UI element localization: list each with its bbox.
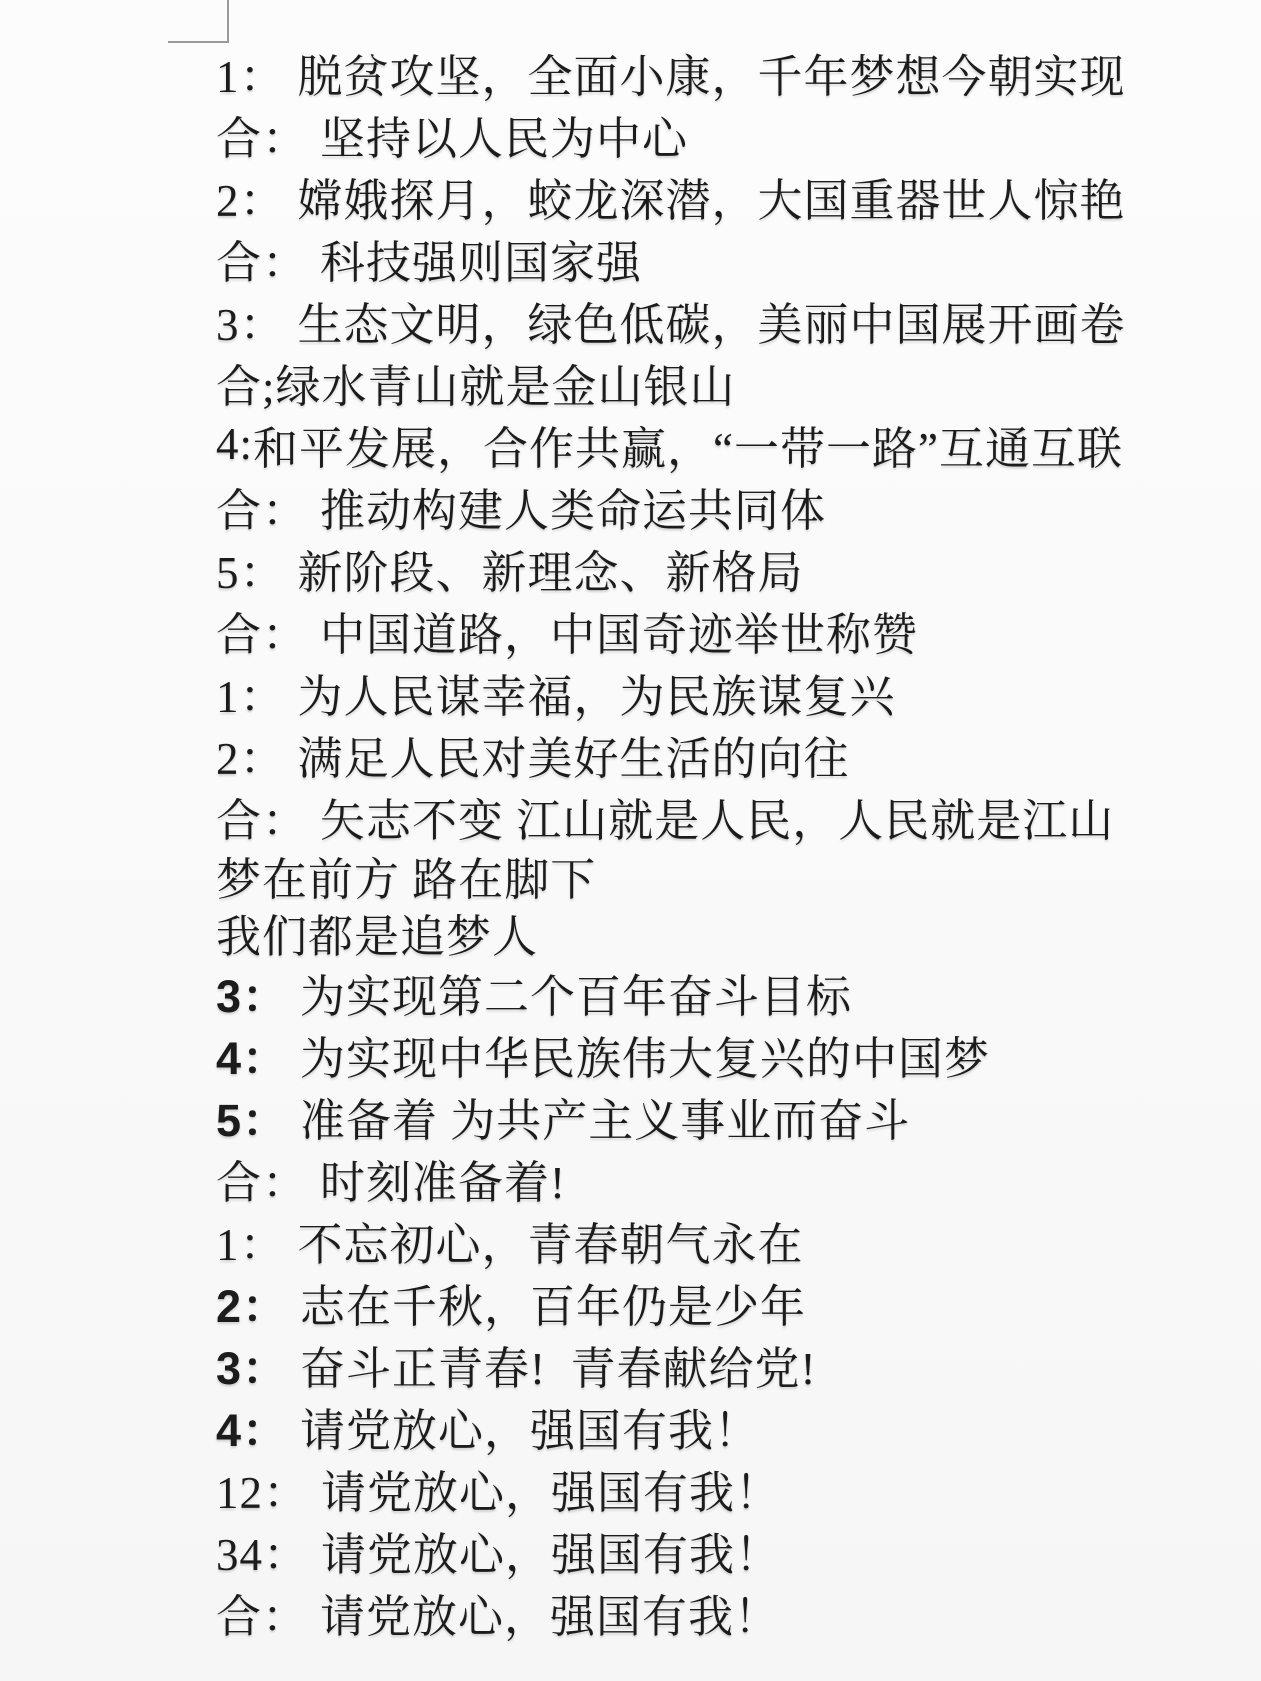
speaker-label: 1： [216,1208,286,1273]
script-line-15: 我们都是追梦人 [216,904,1251,961]
speaker-label: 5： [216,536,286,601]
line-text: 脱贫攻坚，全面小康，千年梦想今朝实现 [298,40,1126,105]
speaker-label: 4: [216,418,253,470]
script-text-block: 1： 脱贫攻坚，全面小康，千年梦想今朝实现 合： 坚持以人民为中心 2： 嫦娥探… [216,41,1251,1643]
line-text: 准备着 为共产主义事业而奋斗 [300,1084,910,1149]
speaker-label: 5： [216,1084,288,1149]
line-text: 请党放心，强国有我！ [321,1456,781,1521]
script-line-2: 合： 坚持以人民为中心 [216,103,1251,165]
line-text: 和平发展，合作共赢，“一带一路”互通互联 [253,412,1123,477]
line-text: 推动构建人类命运共同体 [320,474,826,539]
line-text: 坚持以人民为中心 [320,102,688,167]
speaker-label: 合： [216,1580,308,1645]
line-text: 请党放心，强国有我！ [300,1394,760,1459]
line-text: 为人民谋幸福，为民族谋复兴 [298,660,896,725]
speaker-label: 合： [216,474,308,539]
speaker-label: 3： [216,1332,288,1397]
speaker-label: 2： [216,1270,288,1335]
script-line-8: 合： 推动构建人类命运共同体 [216,475,1251,537]
line-text: 矢志不变 江山就是人民，人民就是江山 [320,784,1114,849]
speaker-label: 3： [216,960,288,1025]
line-text: 奋斗正青春! 青春献给党! [300,1332,816,1397]
script-line-24: 12： 请党放心，强国有我！ [216,1457,1251,1519]
line-text: 生态文明，绿色低碳，美丽中国展开画卷 [298,288,1126,353]
script-line-26: 合： 请党放心，强国有我！ [216,1581,1251,1643]
speaker-label: 12： [216,1456,309,1521]
script-line-17: 4： 为实现中华民族伟大复兴的中国梦 [216,1023,1251,1085]
script-line-25: 34： 请党放心，强国有我！ [216,1519,1251,1581]
speaker-label: 合; [216,350,276,415]
speaker-label: 合： [216,1146,308,1211]
script-line-18: 5： 准备着 为共产主义事业而奋斗 [216,1085,1251,1147]
script-line-14: 梦在前方 路在脚下 [216,847,1251,904]
document-page: 1： 脱贫攻坚，全面小康，千年梦想今朝实现 合： 坚持以人民为中心 2： 嫦娥探… [0,0,1261,1681]
line-text: 满足人民对美好生活的向往 [298,722,850,787]
script-line-22: 3： 奋斗正青春! 青春献给党! [216,1333,1251,1395]
line-text: 志在千秋，百年仍是少年 [300,1270,806,1335]
line-text: 绿水青山就是金山银山 [276,350,736,415]
speaker-label: 4： [216,1022,288,1087]
page-margin-corner-mark-vertical [227,0,229,42]
speaker-label: 2： [216,722,286,787]
speaker-label: 合： [216,102,308,167]
script-line-23: 4： 请党放心，强国有我！ [216,1395,1251,1457]
line-text: 不忘初心，青春朝气永在 [298,1208,804,1273]
line-text: 为实现第二个百年奋斗目标 [300,960,852,1025]
speaker-label: 1： [216,660,286,725]
script-line-3: 2： 嫦娥探月，蛟龙深潜，大国重器世人惊艳 [216,165,1251,227]
script-line-16: 3： 为实现第二个百年奋斗目标 [216,961,1251,1023]
speaker-label: 1： [216,40,286,105]
line-text: 嫦娥探月，蛟龙深潜，大国重器世人惊艳 [298,164,1126,229]
line-text: 新阶段、新理念、新格局 [298,536,804,601]
speaker-label: 2： [216,164,286,229]
speaker-label: 3： [216,288,286,353]
script-line-11: 1： 为人民谋幸福，为民族谋复兴 [216,661,1251,723]
script-line-19: 合： 时刻准备着! [216,1147,1251,1209]
line-text: 时刻准备着! [320,1146,566,1211]
script-line-6: 合; 绿水青山就是金山银山 [216,351,1251,413]
script-line-9: 5： 新阶段、新理念、新格局 [216,537,1251,599]
script-line-20: 1： 不忘初心，青春朝气永在 [216,1209,1251,1271]
script-line-5: 3： 生态文明，绿色低碳，美丽中国展开画卷 [216,289,1251,351]
speaker-label: 合： [216,784,308,849]
script-line-10: 合： 中国道路，中国奇迹举世称赞 [216,599,1251,661]
line-text: 请党放心，强国有我！ [320,1580,780,1645]
speaker-label: 34： [216,1518,309,1583]
script-line-4: 合： 科技强则国家强 [216,227,1251,289]
script-line-21: 2： 志在千秋，百年仍是少年 [216,1271,1251,1333]
script-line-12: 2： 满足人民对美好生活的向往 [216,723,1251,785]
script-line-1: 1： 脱贫攻坚，全面小康，千年梦想今朝实现 [216,41,1251,103]
line-text: 请党放心，强国有我！ [321,1518,781,1583]
line-text: 梦在前方 路在脚下 [216,843,596,908]
speaker-label: 4： [216,1394,288,1459]
line-text: 科技强则国家强 [320,226,642,291]
script-line-7: 4: 和平发展，合作共赢，“一带一路”互通互联 [216,413,1251,475]
speaker-label: 合： [216,598,308,663]
line-text: 我们都是追梦人 [216,900,538,965]
speaker-label: 合： [216,226,308,291]
script-line-13: 合： 矢志不变 江山就是人民，人民就是江山 [216,785,1251,847]
line-text: 中国道路，中国奇迹举世称赞 [320,598,918,663]
line-text: 为实现中华民族伟大复兴的中国梦 [300,1022,990,1087]
